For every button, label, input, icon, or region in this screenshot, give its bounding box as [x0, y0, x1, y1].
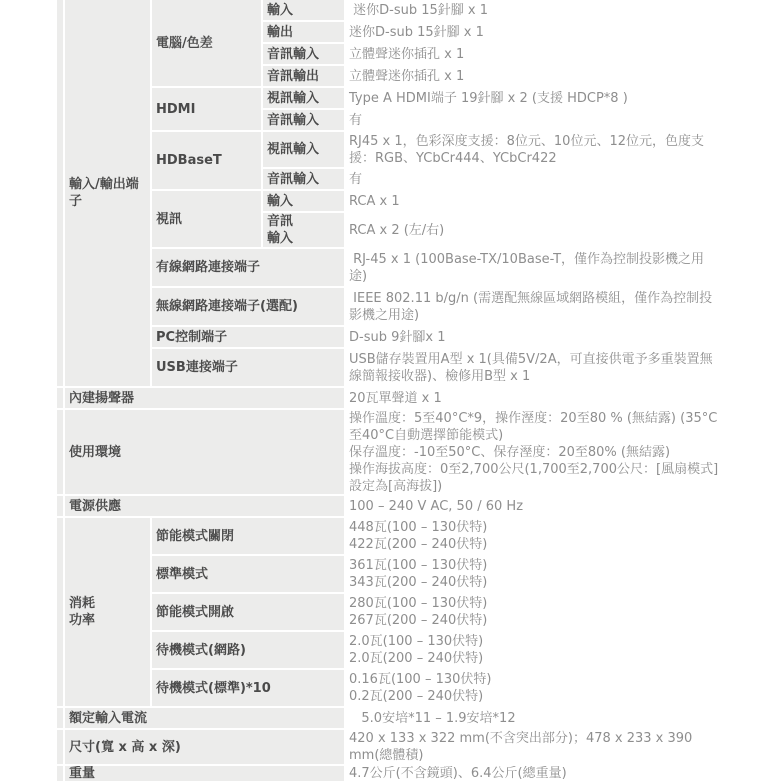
label-hdmi-audio-input: 音訊輸入	[263, 110, 344, 130]
value-hdmi-video-input: Type A HDMI端子 19針腳 x 2 (支援 HDCP*8 )	[346, 88, 781, 108]
label-power-consumption: 消耗 功率	[65, 518, 150, 706]
label-normal-mode: 標準模式	[152, 556, 344, 592]
spec-table: 輸入/輸出端子電腦/色差輸入輸出音訊輸入音訊輸出HDMI視訊輸入音訊輸入HDBa…	[57, 0, 781, 781]
value-computer-output: 迷你D-sub 15針腳 x 1	[346, 22, 781, 42]
sliver-weight	[57, 766, 63, 781]
sliver-built-in-speaker	[57, 388, 63, 408]
label-eco-mode-off: 節能模式關閉	[152, 518, 344, 554]
label-pc-control: PC控制端子	[152, 327, 344, 347]
sliver-operating-environment	[57, 410, 63, 494]
value-pc-control: D-sub 9針腳x 1	[346, 327, 781, 347]
sliver-power-consumption	[57, 518, 63, 706]
label-hdbaset: HDBaseT	[152, 132, 261, 189]
value-computer-audio-output: 立體聲迷你插孔 x 1	[346, 66, 781, 86]
label-usb: USB連接端子	[152, 349, 344, 386]
value-video-audio-input: RCA x 2 (左/右)	[346, 213, 781, 247]
label-dimensions: 尺寸(寬 x 高 x 深)	[65, 730, 344, 764]
value-hdbaset-audio-input: 有	[346, 169, 781, 189]
value-dimensions: 420 x 133 x 322 mm(不含突出部分)；478 x 233 x 3…	[346, 730, 781, 764]
value-standby-network: 2.0瓦(100 – 130伏特) 2.0瓦(200 – 240伏特)	[346, 632, 781, 668]
value-operating-environment: 操作溫度：5至40°C*9，操作溼度：20至80 % (無結露) (35°C 至…	[346, 410, 781, 494]
label-video-audio-input: 音訊 輸入	[263, 213, 344, 247]
value-weight: 4.7公斤(不含鏡頭)、6.4公斤(總重量)	[346, 766, 781, 781]
label-computer-audio-output: 音訊輸出	[263, 66, 344, 86]
value-built-in-speaker: 20瓦單聲道 x 1	[346, 388, 781, 408]
value-wired-lan: RJ-45 x 1 (100Base-TX/10Base-T，僅作為控制投影機之…	[346, 249, 781, 286]
value-computer-input: 迷你D-sub 15針腳 x 1	[346, 0, 781, 20]
label-weight: 重量	[65, 766, 344, 781]
label-wireless-lan: 無線網路連接端子(選配)	[152, 288, 344, 325]
value-eco-mode-off: 448瓦(100 – 130伏特) 422瓦(200 – 240伏特)	[346, 518, 781, 554]
label-standby-normal: 待機模式(標準)*10	[152, 670, 344, 706]
label-standby-network: 待機模式(網路)	[152, 632, 344, 668]
label-wired-lan: 有線網路連接端子	[152, 249, 344, 286]
label-built-in-speaker: 內建揚聲器	[65, 388, 344, 408]
label-operating-environment: 使用環境	[65, 410, 344, 494]
value-wireless-lan: IEEE 802.11 b/g/n (需選配無線區域網路模組，僅作為控制投 影機…	[346, 288, 781, 325]
sliver-dimensions	[57, 730, 63, 764]
label-eco-mode-on: 節能模式開啟	[152, 594, 344, 630]
value-video-input: RCA x 1	[346, 191, 781, 211]
label-computer-input: 輸入	[263, 0, 344, 20]
label-video: 視訊	[152, 191, 261, 247]
value-standby-normal: 0.16瓦(100 – 130伏特) 0.2瓦(200 – 240伏特)	[346, 670, 781, 706]
value-hdbaset-video-input: RJ45 x 1，色彩深度支援：8位元、10位元、12位元，色度支 援：RGB、…	[346, 132, 781, 167]
sliver-io-terminals	[57, 0, 63, 386]
label-hdbaset-video-input: 視訊輸入	[263, 132, 344, 167]
label-computer-audio-input: 音訊輸入	[263, 44, 344, 64]
value-rated-input-current: 5.0安培*11 – 1.9安培*12	[346, 708, 781, 728]
sliver-power-supply	[57, 496, 63, 516]
label-computer-output: 輸出	[263, 22, 344, 42]
label-hdmi: HDMI	[152, 88, 261, 130]
label-io-terminals: 輸入/輸出端子	[65, 0, 150, 386]
value-normal-mode: 361瓦(100 – 130伏特) 343瓦(200 – 240伏特)	[346, 556, 781, 592]
spec-page: 輸入/輸出端子電腦/色差輸入輸出音訊輸入音訊輸出HDMI視訊輸入音訊輸入HDBa…	[0, 0, 781, 781]
label-hdbaset-audio-input: 音訊輸入	[263, 169, 344, 189]
label-rated-input-current: 額定輸入電流	[65, 708, 344, 728]
label-hdmi-video-input: 視訊輸入	[263, 88, 344, 108]
value-hdmi-audio-input: 有	[346, 110, 781, 130]
value-computer-audio-input: 立體聲迷你插孔 x 1	[346, 44, 781, 64]
value-eco-mode-on: 280瓦(100 – 130伏特) 267瓦(200 – 240伏特)	[346, 594, 781, 630]
value-power-supply: 100 – 240 V AC, 50 / 60 Hz	[346, 496, 781, 516]
sliver-rated-input-current	[57, 708, 63, 728]
label-power-supply: 電源供應	[65, 496, 344, 516]
label-computer-component: 電腦/色差	[152, 0, 261, 86]
value-usb: USB儲存裝置用A型 x 1(具備5V/2A，可直接供電予多重裝置無 線簡報接收…	[346, 349, 781, 386]
label-video-input: 輸入	[263, 191, 344, 211]
